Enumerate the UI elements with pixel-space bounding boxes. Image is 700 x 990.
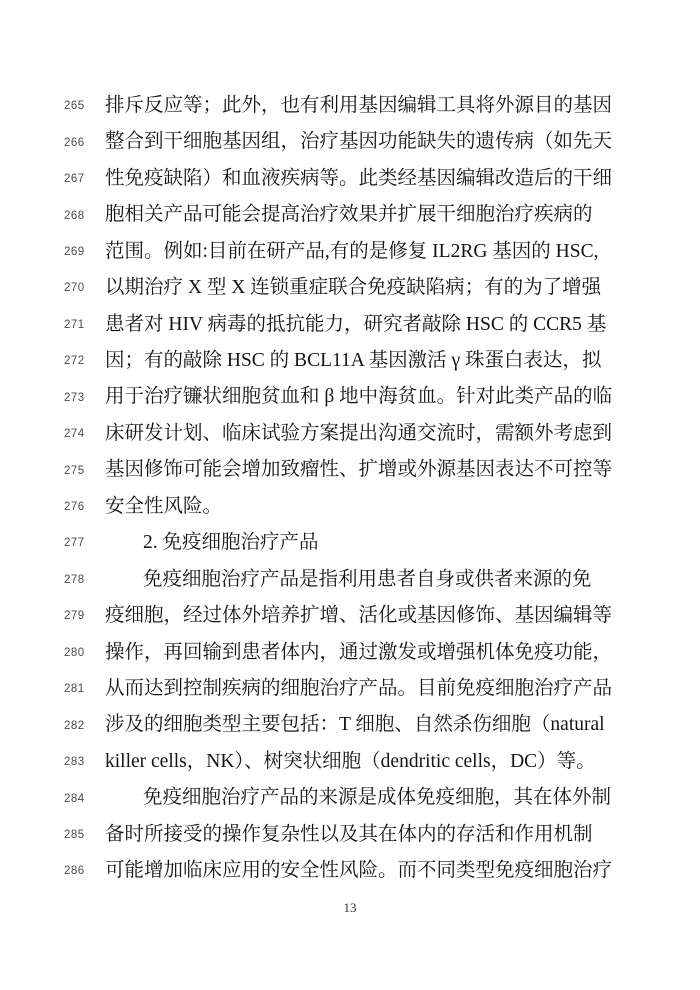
- line-text: 整合到干细胞基因组，治疗基因功能缺失的遗传病（如先天: [105, 132, 591, 152]
- line-number: 271: [64, 319, 92, 331]
- line-row: 273 用于治疗镰状细胞贫血和 β 地中海贫血。针对此类产品的临: [0, 380, 700, 416]
- line-row: 284 免疫细胞治疗产品的来源是成体免疫细胞，其在体外制: [0, 780, 700, 816]
- line-text: 性免疫缺陷）和血液疾病等。此类经基因编辑改造后的干细: [105, 169, 591, 189]
- line-row: 272 因；有的敲除 HSC 的 BCL11A 基因激活 γ 珠蛋白表达，拟: [0, 343, 700, 379]
- line-row: 267 性免疫缺陷）和血液疾病等。此类经基因编辑改造后的干细: [0, 161, 700, 197]
- line-text: 范围。例如:目前在研产品,有的是修复 IL2RG 基因的 HSC,: [105, 242, 591, 262]
- line-text: 从而达到控制疾病的细胞治疗产品。目前免疫细胞治疗产品: [105, 679, 591, 699]
- line-number: 274: [64, 428, 92, 440]
- line-number: 281: [64, 683, 92, 695]
- document-page: 265 排斥反应等；此外，也有利用基因编辑工具将外源目的基因 266 整合到干细…: [0, 0, 700, 990]
- line-number: 272: [64, 355, 92, 367]
- line-row: 278 免疫细胞治疗产品是指利用患者自身或供者来源的免: [0, 562, 700, 598]
- line-row: 276 安全性风险。: [0, 489, 700, 525]
- line-row: 280 操作，再回输到患者体内，通过激发或增强机体免疫功能，: [0, 635, 700, 671]
- line-row: 285 备时所接受的操作复杂性以及其在体内的存活和作用机制: [0, 817, 700, 853]
- line-number: 267: [64, 173, 92, 185]
- line-text: 疫细胞，经过体外培养扩增、活化或基因修饰、基因编辑等: [105, 606, 591, 626]
- line-text: 涉及的细胞类型主要包括：T 细胞、自然杀伤细胞（natural: [105, 715, 591, 735]
- line-number: 276: [64, 501, 92, 513]
- line-number: 268: [64, 210, 92, 222]
- line-text: 操作，再回输到患者体内，通过激发或增强机体免疫功能，: [105, 643, 591, 663]
- page-number: 13: [344, 900, 357, 915]
- line-text: 基因修饰可能会增加致瘤性、扩增或外源基因表达不可控等: [105, 460, 591, 480]
- line-text: 免疫细胞治疗产品是指利用患者自身或供者来源的免: [105, 570, 591, 590]
- line-row: 282 涉及的细胞类型主要包括：T 细胞、自然杀伤细胞（natural: [0, 707, 700, 743]
- line-number: 273: [64, 392, 92, 404]
- line-row: 269 范围。例如:目前在研产品,有的是修复 IL2RG 基因的 HSC,: [0, 234, 700, 270]
- line-number: 269: [64, 246, 92, 258]
- line-number: 284: [64, 793, 92, 805]
- line-text: 以期治疗 X 型 X 连锁重症联合免疫缺陷病；有的为了增强: [105, 278, 591, 298]
- line-row: 283 killer cells，NK）、树突状细胞（dendritic cel…: [0, 744, 700, 780]
- line-row: 268 胞相关产品可能会提高治疗效果并扩展干细胞治疗疾病的: [0, 197, 700, 233]
- line-text: 床研发计划、临床试验方案提出沟通交流时，需额外考虑到: [105, 424, 591, 444]
- line-number: 286: [64, 865, 92, 877]
- line-number: 280: [64, 647, 92, 659]
- line-row: 265 排斥反应等；此外，也有利用基因编辑工具将外源目的基因: [0, 88, 700, 124]
- line-row: 266 整合到干细胞基因组，治疗基因功能缺失的遗传病（如先天: [0, 124, 700, 160]
- page-footer: 13: [0, 899, 700, 917]
- line-number: 282: [64, 720, 92, 732]
- line-row: 281 从而达到控制疾病的细胞治疗产品。目前免疫细胞治疗产品: [0, 671, 700, 707]
- line-row: 271 患者对 HIV 病毒的抵抗能力，研究者敲除 HSC 的 CCR5 基: [0, 307, 700, 343]
- line-number: 265: [64, 100, 92, 112]
- line-text: killer cells，NK）、树突状细胞（dendritic cells，D…: [105, 752, 591, 772]
- line-number: 270: [64, 282, 92, 294]
- line-number: 275: [64, 465, 92, 477]
- section-heading-text: 2. 免疫细胞治疗产品: [105, 533, 591, 553]
- line-row: 286 可能增加临床应用的安全性风险。而不同类型免疫细胞治疗: [0, 853, 700, 889]
- line-number: 283: [64, 756, 92, 768]
- line-text: 免疫细胞治疗产品的来源是成体免疫细胞，其在体外制: [105, 788, 591, 808]
- line-number: 278: [64, 574, 92, 586]
- line-text: 用于治疗镰状细胞贫血和 β 地中海贫血。针对此类产品的临: [105, 387, 591, 407]
- line-number: 277: [64, 537, 92, 549]
- line-text: 备时所接受的操作复杂性以及其在体内的存活和作用机制: [105, 825, 591, 845]
- line-row: 279 疫细胞，经过体外培养扩增、活化或基因修饰、基因编辑等: [0, 598, 700, 634]
- line-number: 266: [64, 137, 92, 149]
- line-text: 患者对 HIV 病毒的抵抗能力，研究者敲除 HSC 的 CCR5 基: [105, 315, 591, 335]
- line-text: 因；有的敲除 HSC 的 BCL11A 基因激活 γ 珠蛋白表达，拟: [105, 351, 591, 371]
- line-row: 270 以期治疗 X 型 X 连锁重症联合免疫缺陷病；有的为了增强: [0, 270, 700, 306]
- line-text: 可能增加临床应用的安全性风险。而不同类型免疫细胞治疗: [105, 861, 591, 881]
- line-row: 275 基因修饰可能会增加致瘤性、扩增或外源基因表达不可控等: [0, 452, 700, 488]
- line-row-section-heading: 277 2. 免疫细胞治疗产品: [0, 525, 700, 561]
- line-number: 279: [64, 610, 92, 622]
- line-text: 安全性风险。: [105, 497, 591, 517]
- line-text: 胞相关产品可能会提高治疗效果并扩展干细胞治疗疾病的: [105, 205, 591, 225]
- line-number: 285: [64, 829, 92, 841]
- document-text-block: 265 排斥反应等；此外，也有利用基因编辑工具将外源目的基因 266 整合到干细…: [0, 88, 700, 890]
- line-row: 274 床研发计划、临床试验方案提出沟通交流时，需额外考虑到: [0, 416, 700, 452]
- line-text: 排斥反应等；此外，也有利用基因编辑工具将外源目的基因: [105, 96, 591, 116]
